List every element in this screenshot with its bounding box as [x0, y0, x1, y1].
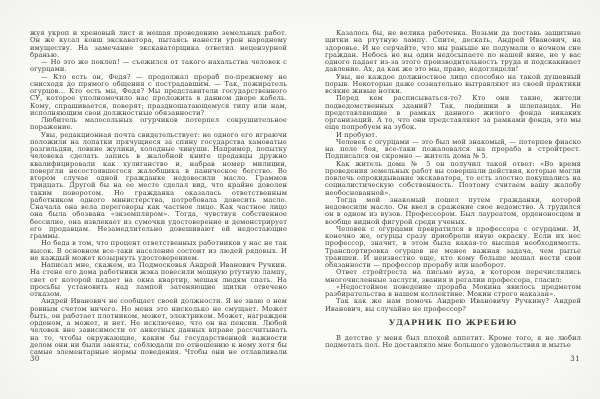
page-number-right: 31 [570, 355, 580, 363]
paragraph: Перед кем расписываться-то? Кто они таки… [325, 95, 581, 131]
paragraph: — Но это же поклеп! — съежился от такого… [30, 59, 287, 74]
paragraph: жуя укроп и хреновый лист и мешая провед… [30, 30, 287, 59]
paragraph: Казалось бы, не велика работенка. Возьми… [325, 30, 581, 74]
paragraph: Человек с огурцами превратился в професс… [325, 226, 581, 270]
paragraph: Андрей Иванович не сообщает своей должно… [30, 298, 287, 356]
paragraph: Увы, редакционная почта свидетельствует:… [30, 132, 287, 241]
paragraph: Написал мне, скажем, из Подмосковья Андр… [30, 262, 287, 298]
paragraph: Увы, не каждое должностное лицо способно… [325, 74, 581, 96]
right-page-text: Казалось бы, не велика работенка. Возьми… [325, 30, 581, 313]
right-page: Казалось бы, не велика работенка. Возьми… [325, 0, 581, 399]
paragraph: Как житель дома № 5 он получил такой отв… [325, 161, 581, 197]
paragraph: Тогда мой знакомый пошел путем гражданки… [325, 197, 581, 226]
page-number-left: 30 [30, 355, 40, 363]
right-page-bottom-section: УДАРНИК ПО ЖРЕБИЮ В детстве у меня был п… [325, 319, 581, 350]
left-page-text: жуя укроп и хреновый лист и мешая провед… [30, 30, 287, 356]
paragraph: Любитель малосольных огурчиков потерпел … [30, 117, 287, 132]
paragraph: Но беда в том, что процент ответственных… [30, 240, 287, 262]
paragraph: В детстве у меня был плохой аппетит. Кро… [325, 335, 581, 350]
paragraph: Человек с огурцами — это был мой знакомы… [325, 139, 581, 161]
book-scan-spread: жуя укроп и хреновый лист и мешая провед… [0, 0, 600, 399]
right-page-text-after-heading: В детстве у меня был плохой аппетит. Кро… [325, 335, 581, 350]
paragraph: — Кто есть он, Федя? — продолжал прораб … [30, 74, 287, 118]
paragraph: Ответ стройтреста на письмо вуза, в кото… [325, 269, 581, 284]
left-page: жуя укроп и хреновый лист и мешая провед… [30, 0, 287, 399]
section-heading: УДАРНИК ПО ЖРЕБИЮ [325, 319, 581, 327]
paragraph: Так как же нам помочь Андрею Ивановичу Р… [325, 298, 581, 313]
paragraph: «Недостойное поведение прораба Мокина яв… [325, 284, 581, 299]
